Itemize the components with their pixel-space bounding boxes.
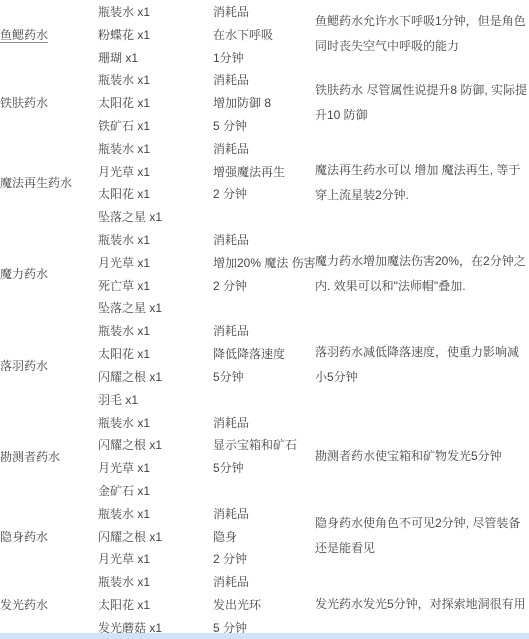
potion-name: 落羽药水 — [0, 359, 48, 373]
potion-name: 发光药水 — [0, 598, 48, 612]
effect-cell: 隐身 — [213, 525, 315, 548]
table-row: 隐身药水瓶装水 x1消耗品隐身药水使角色不可见2分钟, 尽管装备还是能看见 — [0, 502, 529, 525]
effect-cell: 消耗品 — [213, 68, 315, 91]
potion-name: 魔法再生药水 — [0, 176, 72, 190]
table-row: 落羽药水瓶装水 x1消耗品落羽药水减低降落速度，使重力影响减小5分钟 — [0, 319, 529, 342]
potion-description: 落羽药水减低降落速度，使重力影响减小5分钟 — [315, 319, 529, 410]
effect-cell: 显示宝箱和矿石 — [213, 433, 315, 456]
effect-cell: 消耗品 — [213, 228, 315, 251]
effect-cell: 消耗品 — [213, 319, 315, 342]
ingredient-cell: 瓶装水 x1 — [98, 228, 213, 251]
table-row: 魔法再生药水瓶装水 x1消耗品魔法再生药水可以 增加 魔法再生, 等于穿上流星装… — [0, 137, 529, 160]
potion-name-cell: 鱼鳃药水 — [0, 0, 98, 68]
potion-description: 铁肤药水 尽管属性说提升8 防御, 实际提升10 防御 — [315, 68, 529, 136]
ingredient-cell: 闪耀之根 x1 — [98, 525, 213, 548]
potions-table: 鱼鳃药水瓶装水 x1消耗品鱼鳃药水允许水下呼吸1分钟，但是角色同时丧失空气中呼吸… — [0, 0, 529, 639]
effect-cell: 发出光环 — [213, 593, 315, 616]
ingredient-cell: 坠落之星 x1 — [98, 297, 213, 320]
effect-cell: 消耗品 — [213, 0, 315, 23]
ingredient-cell: 铁矿石 x1 — [98, 114, 213, 137]
effect-cell — [213, 388, 315, 411]
ingredient-cell: 坠落之星 x1 — [98, 205, 213, 228]
potion-name: 铁肤药水 — [0, 96, 48, 110]
table-row: 勘测者药水瓶装水 x1消耗品勘测者药水使宝箱和矿物发光5分钟 — [0, 411, 529, 434]
ingredient-cell: 太阳花 x1 — [98, 593, 213, 616]
potion-name: 勘测者药水 — [0, 450, 60, 464]
potions-wiki-page: 鱼鳃药水瓶装水 x1消耗品鱼鳃药水允许水下呼吸1分钟，但是角色同时丧失空气中呼吸… — [0, 0, 529, 639]
bottom-selection-highlight — [0, 633, 529, 639]
ingredient-cell: 闪耀之根 x1 — [98, 365, 213, 388]
potion-name: 魔力药水 — [0, 267, 48, 281]
effect-cell: 增加20% 魔法 伤害 — [213, 251, 315, 274]
table-row: 魔力药水瓶装水 x1消耗品魔力药水增加魔法伤害20%，在2分钟之内. 效果可以和… — [0, 228, 529, 251]
ingredient-cell: 珊瑚 x1 — [98, 46, 213, 69]
ingredient-cell: 瓶装水 x1 — [98, 570, 213, 593]
ingredient-cell: 太阳花 x1 — [98, 91, 213, 114]
potions-table-body: 鱼鳃药水瓶装水 x1消耗品鱼鳃药水允许水下呼吸1分钟，但是角色同时丧失空气中呼吸… — [0, 0, 529, 639]
potion-name-cell: 魔法再生药水 — [0, 137, 98, 228]
ingredient-cell: 金矿石 x1 — [98, 479, 213, 502]
effect-cell: 增加防御 8 — [213, 91, 315, 114]
ingredient-cell: 瓶装水 x1 — [98, 502, 213, 525]
ingredient-cell: 瓶装水 x1 — [98, 319, 213, 342]
table-row: 铁肤药水瓶装水 x1消耗品铁肤药水 尽管属性说提升8 防御, 实际提升10 防御 — [0, 68, 529, 91]
potion-description: 鱼鳃药水允许水下呼吸1分钟，但是角色同时丧失空气中呼吸的能力 — [315, 0, 529, 68]
effect-cell: 2 分钟 — [213, 548, 315, 571]
potion-description: 隐身药水使角色不可见2分钟, 尽管装备还是能看见 — [315, 502, 529, 570]
ingredient-cell: 月光草 x1 — [98, 548, 213, 571]
potion-name[interactable]: 鱼鳃药水 — [0, 28, 48, 43]
effect-cell: 增强魔法再生 — [213, 160, 315, 183]
potion-description: 发光药水发光5分钟，对探索地洞很有用 — [315, 570, 529, 639]
potion-name: 隐身药水 — [0, 530, 48, 544]
ingredient-cell: 太阳花 x1 — [98, 342, 213, 365]
ingredient-cell: 瓶装水 x1 — [98, 411, 213, 434]
effect-cell: 5分钟 — [213, 365, 315, 388]
effect-cell — [213, 297, 315, 320]
effect-cell: 2 分钟 — [213, 274, 315, 297]
ingredient-cell: 月光草 x1 — [98, 251, 213, 274]
ingredient-cell: 瓶装水 x1 — [98, 68, 213, 91]
ingredient-cell: 太阳花 x1 — [98, 183, 213, 206]
ingredient-cell: 瓶装水 x1 — [98, 0, 213, 23]
effect-cell — [213, 479, 315, 502]
effect-cell: 1分钟 — [213, 46, 315, 69]
effect-cell: 5 分钟 — [213, 114, 315, 137]
potion-description: 魔力药水增加魔法伤害20%，在2分钟之内. 效果可以和"法师帽"叠加. — [315, 228, 529, 319]
potion-name-cell: 勘测者药水 — [0, 411, 98, 502]
potion-description: 勘测者药水使宝箱和矿物发光5分钟 — [315, 411, 529, 502]
ingredient-cell: 闪耀之根 x1 — [98, 433, 213, 456]
ingredient-cell: 月光草 x1 — [98, 160, 213, 183]
effect-cell: 5分钟 — [213, 456, 315, 479]
potion-name-cell: 魔力药水 — [0, 228, 98, 319]
ingredient-cell: 粉蝶花 x1 — [98, 23, 213, 46]
effect-cell: 消耗品 — [213, 137, 315, 160]
potion-name-cell: 隐身药水 — [0, 502, 98, 570]
ingredient-cell: 月光草 x1 — [98, 456, 213, 479]
effect-cell: 消耗品 — [213, 502, 315, 525]
table-row: 鱼鳃药水瓶装水 x1消耗品鱼鳃药水允许水下呼吸1分钟，但是角色同时丧失空气中呼吸… — [0, 0, 529, 23]
effect-cell: 在水下呼吸 — [213, 23, 315, 46]
ingredient-cell: 死亡草 x1 — [98, 274, 213, 297]
potion-name-cell: 落羽药水 — [0, 319, 98, 410]
ingredient-cell: 瓶装水 x1 — [98, 137, 213, 160]
potion-name-cell: 发光药水 — [0, 570, 98, 639]
effect-cell — [213, 205, 315, 228]
effect-cell: 降低降落速度 — [213, 342, 315, 365]
effect-cell: 消耗品 — [213, 411, 315, 434]
potion-description: 魔法再生药水可以 增加 魔法再生, 等于穿上流星装2分钟. — [315, 137, 529, 228]
potion-name-cell: 铁肤药水 — [0, 68, 98, 136]
effect-cell: 2 分钟 — [213, 183, 315, 206]
table-row: 发光药水瓶装水 x1消耗品发光药水发光5分钟，对探索地洞很有用 — [0, 570, 529, 593]
ingredient-cell: 羽毛 x1 — [98, 388, 213, 411]
effect-cell: 消耗品 — [213, 570, 315, 593]
